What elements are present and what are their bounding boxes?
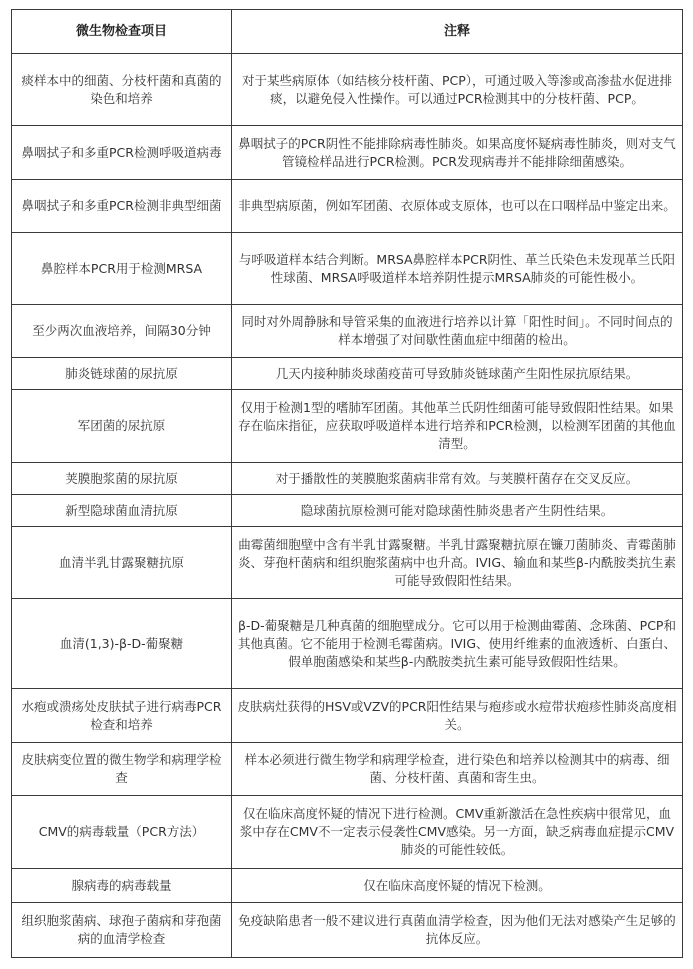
note-cell: 几天内接种肺炎球菌疫苗可导致肺炎链球菌产生阳性尿抗原结果。 (232, 358, 683, 390)
table-row: 荚膜胞浆菌的尿抗原 对于播散性的荚膜胞浆菌病非常有效。与荚膜杆菌存在交叉反应。 (12, 463, 683, 495)
note-cell: 与呼吸道样本结合判断。MRSA鼻腔样本PCR阴性、革兰氏染色未发现革兰氏阳性球菌… (232, 233, 683, 305)
test-item-cell: 皮肤病变位置的微生物学和病理学检查 (12, 743, 232, 796)
test-item-cell: 血清(1,3)-β-D-葡聚糖 (12, 599, 232, 689)
table-row: 痰样本中的细菌、分枝杆菌和真菌的染色和培养 对于某些病原体（如结核分枝杆菌、PC… (12, 54, 683, 126)
test-item-cell: 痰样本中的细菌、分枝杆菌和真菌的染色和培养 (12, 54, 232, 126)
test-item-cell: 鼻咽拭子和多重PCR检测呼吸道病毒 (12, 126, 232, 180)
test-item-cell: 肺炎链球菌的尿抗原 (12, 358, 232, 390)
table-row: 鼻咽拭子和多重PCR检测呼吸道病毒 鼻咽拭子的PCR阴性不能排除病毒性肺炎。如果… (12, 126, 683, 180)
table-row: 血清半乳甘露聚糖抗原 曲霉菌细胞壁中含有半乳甘露聚糖。半乳甘露聚糖抗原在镰刀菌肺… (12, 527, 683, 599)
table-row: 腺病毒的病毒载量 仅在临床高度怀疑的情况下检测。 (12, 869, 683, 903)
header-notes: 注释 (232, 10, 683, 54)
table-row: 血清(1,3)-β-D-葡聚糖 β-D-葡聚糖是几种真菌的细胞壁成分。它可以用于… (12, 599, 683, 689)
test-item-cell: 血清半乳甘露聚糖抗原 (12, 527, 232, 599)
table-row: 新型隐球菌血清抗原 隐球菌抗原检测可能对隐球菌性肺炎患者产生阴性结果。 (12, 495, 683, 527)
note-cell: 鼻咽拭子的PCR阴性不能排除病毒性肺炎。如果高度怀疑病毒性肺炎，则对支气管镜检样… (232, 126, 683, 180)
test-item-cell: 组织胞浆菌病、球孢子菌病和芽孢菌病的血清学检查 (12, 903, 232, 958)
note-cell: 曲霉菌细胞壁中含有半乳甘露聚糖。半乳甘露聚糖抗原在镰刀菌肺炎、青霉菌肺炎、芽孢杆… (232, 527, 683, 599)
test-item-cell: 荚膜胞浆菌的尿抗原 (12, 463, 232, 495)
test-item-cell: 水疱或溃疡处皮肤拭子进行病毒PCR检查和培养 (12, 689, 232, 743)
note-cell: 样本必须进行微生物学和病理学检查，进行染色和培养以检测其中的病毒、细菌、分枝杆菌… (232, 743, 683, 796)
note-cell: 同时对外周静脉和导管采集的血液进行培养以计算「阳性时间」。不同时间点的样本增强了… (232, 305, 683, 358)
note-cell: 仅在临床高度怀疑的情况下检测。 (232, 869, 683, 903)
note-cell: 对于播散性的荚膜胞浆菌病非常有效。与荚膜杆菌存在交叉反应。 (232, 463, 683, 495)
note-cell: 对于某些病原体（如结核分枝杆菌、PCP），可通过吸入等渗或高渗盐水促进排痰，以避… (232, 54, 683, 126)
table-row: 鼻腔样本PCR用于检测MRSA 与呼吸道样本结合判断。MRSA鼻腔样本PCR阴性… (12, 233, 683, 305)
table-row: 组织胞浆菌病、球孢子菌病和芽孢菌病的血清学检查 免疫缺陷患者一般不建议进行真菌血… (12, 903, 683, 958)
microbiology-tests-table: 微生物检查项目 注释 痰样本中的细菌、分枝杆菌和真菌的染色和培养 对于某些病原体… (11, 9, 683, 958)
note-cell: β-D-葡聚糖是几种真菌的细胞壁成分。它可以用于检测曲霉菌、念珠菌、PCP和其他… (232, 599, 683, 689)
note-cell: 非典型病原菌，例如军团菌、衣原体或支原体，也可以在口咽样品中鉴定出来。 (232, 180, 683, 233)
test-item-cell: 至少两次血液培养，间隔30分钟 (12, 305, 232, 358)
note-cell: 隐球菌抗原检测可能对隐球菌性肺炎患者产生阴性结果。 (232, 495, 683, 527)
table-row: 皮肤病变位置的微生物学和病理学检查 样本必须进行微生物学和病理学检查，进行染色和… (12, 743, 683, 796)
table-row: 军团菌的尿抗原 仅用于检测1型的嗜肺军团菌。其他革兰氏阴性细菌可能导致假阳性结果… (12, 390, 683, 463)
table-row: 肺炎链球菌的尿抗原 几天内接种肺炎球菌疫苗可导致肺炎链球菌产生阳性尿抗原结果。 (12, 358, 683, 390)
test-item-cell: 鼻腔样本PCR用于检测MRSA (12, 233, 232, 305)
note-cell: 仅在临床高度怀疑的情况下进行检测。CMV重新激活在急性疾病中很常见，血浆中存在C… (232, 796, 683, 869)
note-cell: 仅用于检测1型的嗜肺军团菌。其他革兰氏阴性细菌可能导致假阳性结果。如果存在临床指… (232, 390, 683, 463)
header-test-item: 微生物检查项目 (12, 10, 232, 54)
test-item-cell: 鼻咽拭子和多重PCR检测非典型细菌 (12, 180, 232, 233)
test-item-cell: 腺病毒的病毒载量 (12, 869, 232, 903)
test-item-cell: 新型隐球菌血清抗原 (12, 495, 232, 527)
test-item-cell: 军团菌的尿抗原 (12, 390, 232, 463)
table-row: CMV的病毒载量（PCR方法） 仅在临床高度怀疑的情况下进行检测。CMV重新激活… (12, 796, 683, 869)
table-row: 至少两次血液培养，间隔30分钟 同时对外周静脉和导管采集的血液进行培养以计算「阳… (12, 305, 683, 358)
table-header-row: 微生物检查项目 注释 (12, 10, 683, 54)
table-row: 鼻咽拭子和多重PCR检测非典型细菌 非典型病原菌，例如军团菌、衣原体或支原体，也… (12, 180, 683, 233)
note-cell: 皮肤病灶获得的HSV或VZV的PCR阳性结果与疱疹或水痘带状疱疹性肺炎高度相关。 (232, 689, 683, 743)
test-item-cell: CMV的病毒载量（PCR方法） (12, 796, 232, 869)
note-cell: 免疫缺陷患者一般不建议进行真菌血清学检查，因为他们无法对感染产生足够的抗体反应。 (232, 903, 683, 958)
table-row: 水疱或溃疡处皮肤拭子进行病毒PCR检查和培养 皮肤病灶获得的HSV或VZV的PC… (12, 689, 683, 743)
